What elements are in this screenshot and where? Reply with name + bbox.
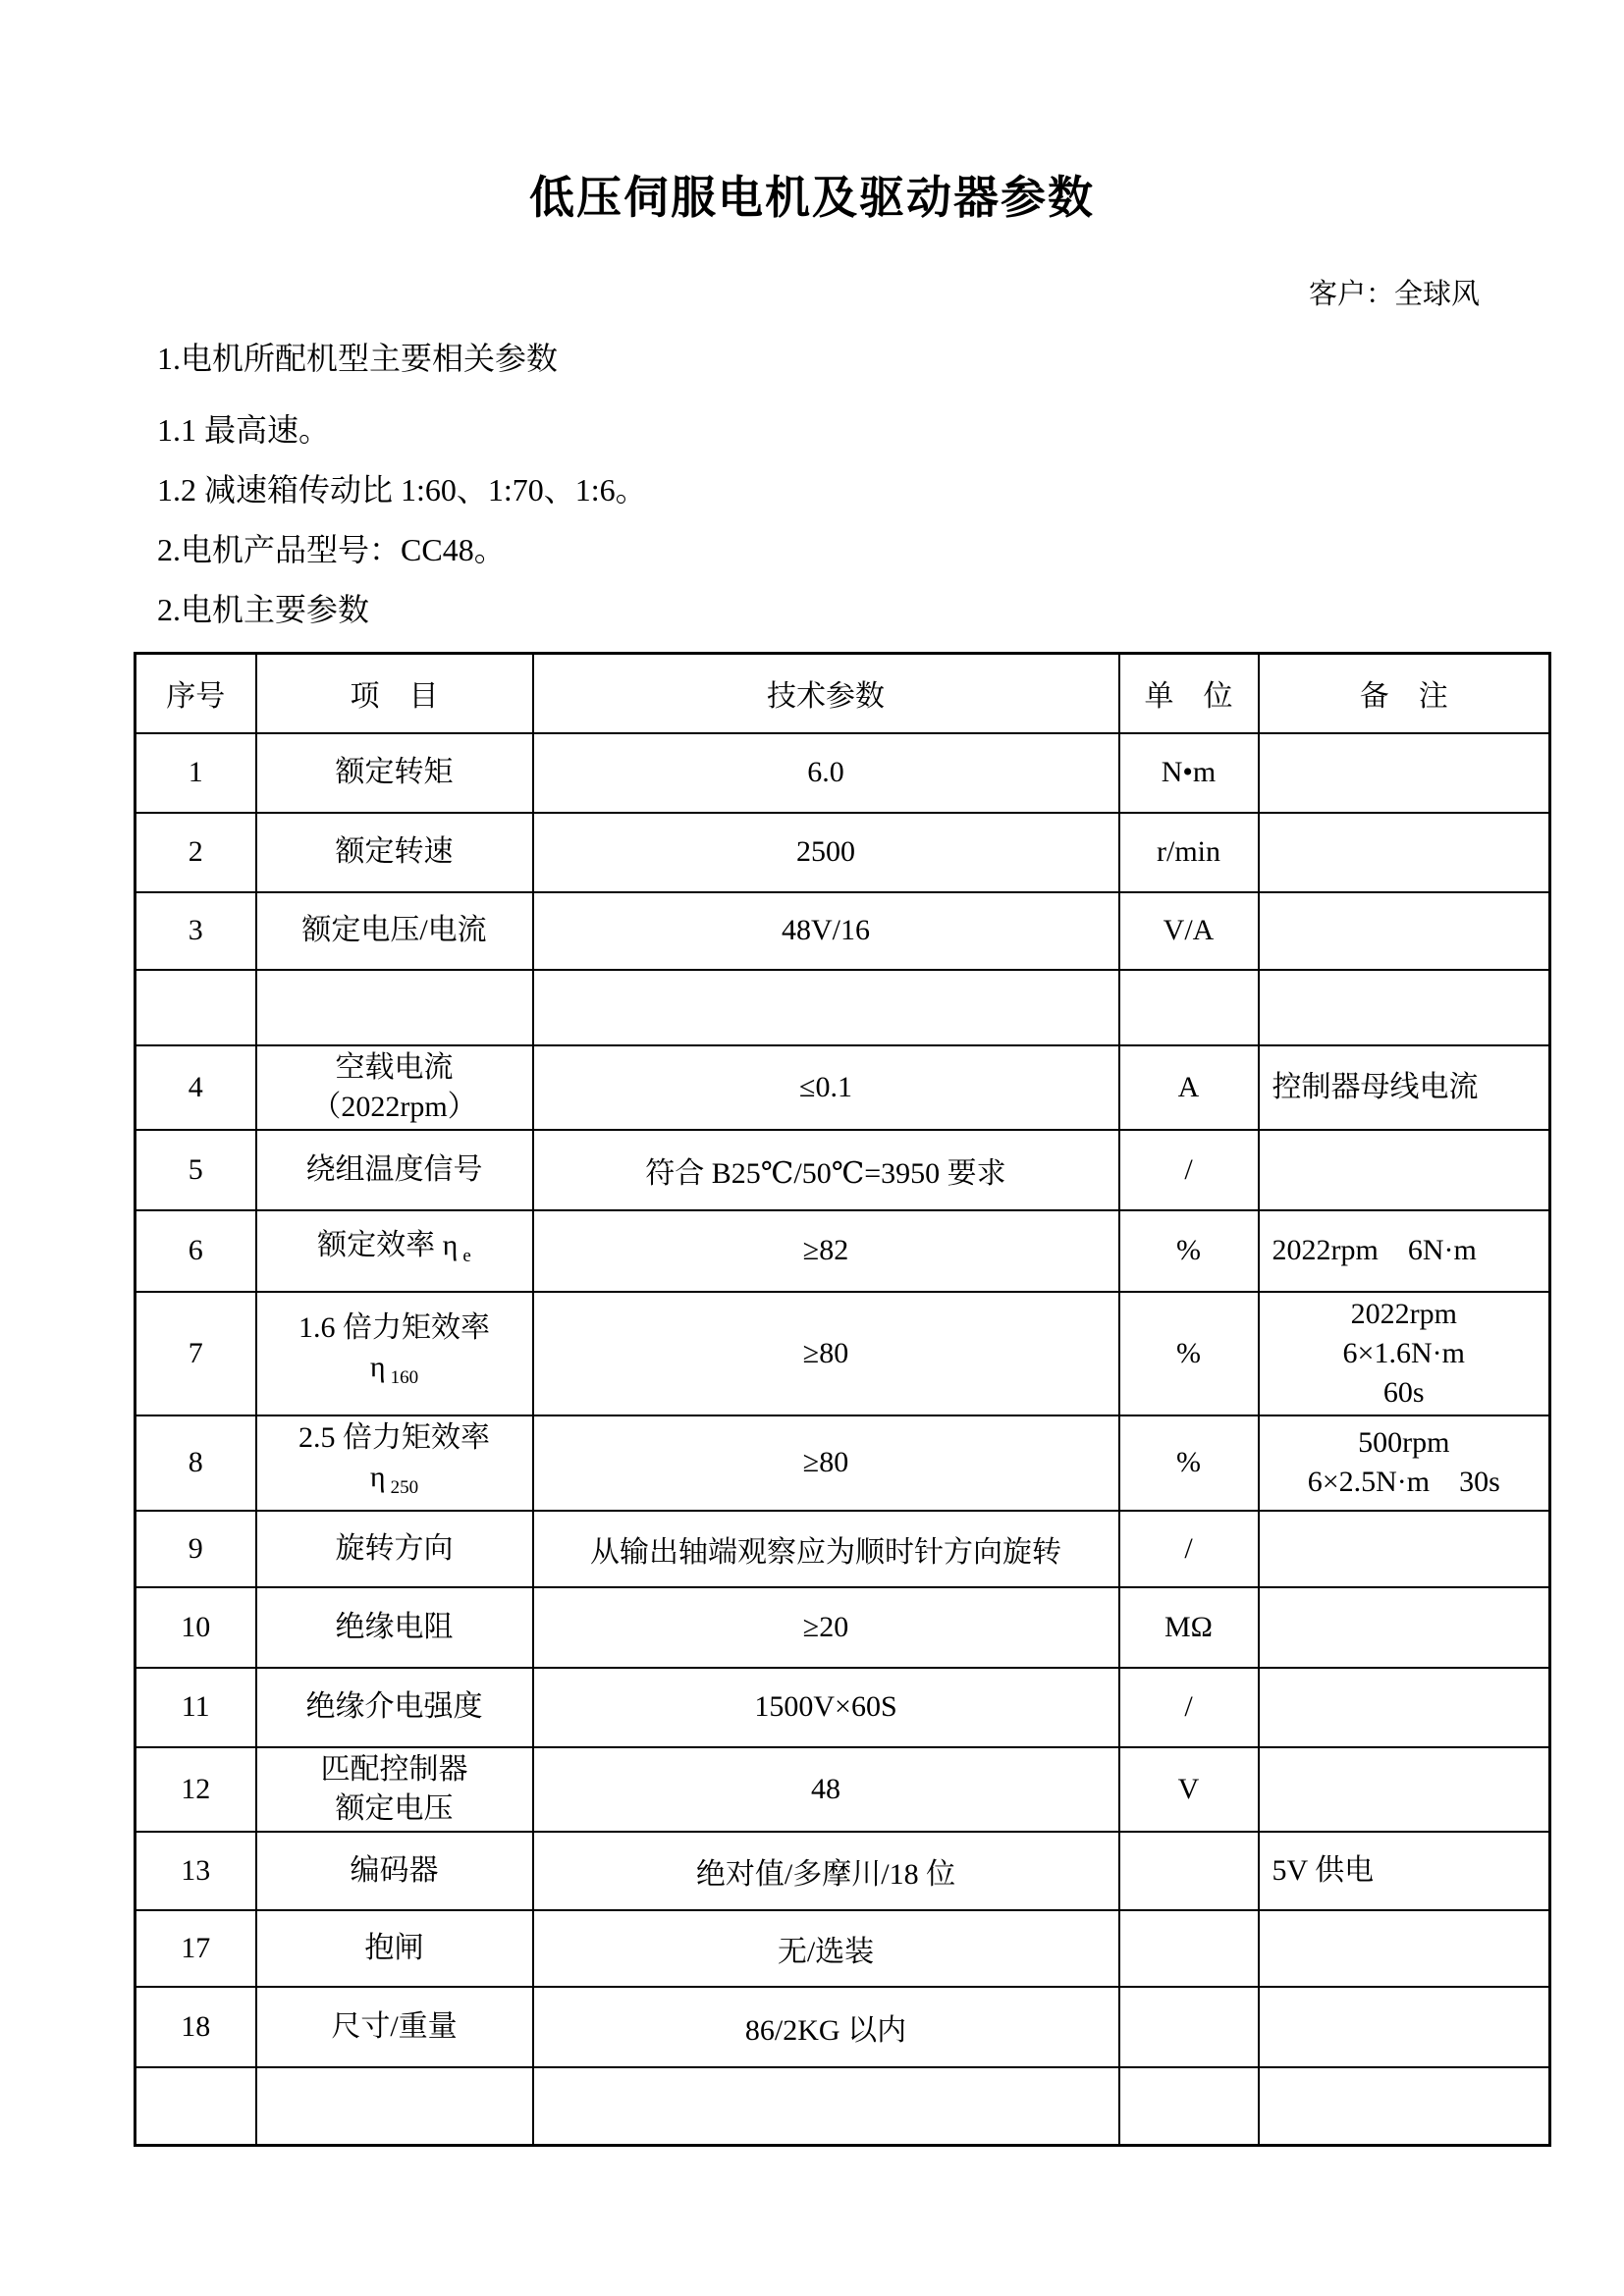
table-row: 6额定效率 ηe≥82%2022rpm 6N·m: [135, 1210, 1550, 1292]
item-line: 空载电流: [261, 1048, 528, 1088]
table-row: 2额定转速2500r/min: [135, 813, 1550, 892]
param-cell: ≥82: [533, 1210, 1119, 1292]
item-text: （2022rpm）: [311, 1091, 476, 1123]
unit-text: MΩ: [1164, 1611, 1213, 1643]
item-cell: 额定效率 ηe: [256, 1210, 533, 1292]
param-cell: 无/选装: [533, 1910, 1119, 1987]
seq-cell: 1: [135, 733, 256, 813]
table-row: 13编码器绝对值/多摩川/18 位5V 供电: [135, 1832, 1550, 1910]
param-cell: 符合 B25℃/50℃=3950 要求: [533, 1130, 1119, 1210]
item-text: 绕组温度信号: [306, 1153, 483, 1186]
unit-text: V: [1178, 1773, 1200, 1805]
remark-cell: 控制器母线电流: [1259, 1045, 1550, 1130]
remark-line: 5V 供电: [1272, 1851, 1545, 1891]
item-text: 额定转速: [336, 835, 454, 868]
table-row: 18尺寸/重量86/2KG 以内: [135, 1987, 1550, 2067]
remark-cell: 500rpm6×2.5N·m 30s: [1259, 1415, 1550, 1511]
unit-cell: r/min: [1119, 813, 1259, 892]
item-text: 1.6 倍力矩效率: [298, 1311, 490, 1344]
unit-cell: A: [1119, 1045, 1259, 1130]
remark-line: 60s: [1264, 1373, 1545, 1413]
item-text: 2.5 倍力矩效率: [298, 1421, 490, 1454]
seq-number: 9: [189, 1532, 203, 1565]
remark-cell: 2022rpm6×1.6N·m60s: [1259, 1292, 1550, 1415]
param-text: ≥80: [803, 1446, 848, 1478]
remark-cell: [1259, 733, 1550, 813]
remark-cell: [1259, 1987, 1550, 2067]
item-text: 抱闸: [365, 1932, 424, 1964]
item-text: η: [370, 1351, 386, 1383]
param-text: ≥80: [803, 1337, 848, 1369]
item-text: 编码器: [351, 1854, 439, 1887]
item-line: 抱闸: [261, 1929, 528, 1968]
unit-cell: %: [1119, 1210, 1259, 1292]
remark-line: 控制器母线电流: [1272, 1068, 1545, 1107]
intro-line-3: 1.2 减速箱传动比 1:60、1:70、1:6。: [157, 472, 1624, 507]
seq-number: 13: [181, 1854, 210, 1887]
item-cell: 绝缘介电强度: [256, 1668, 533, 1747]
param-cell: 从输出轴端观察应为顺时针方向旋转: [533, 1511, 1119, 1587]
remark-cell: 5V 供电: [1259, 1832, 1550, 1910]
table-row: 71.6 倍力矩效率η160≥80%2022rpm6×1.6N·m60s: [135, 1292, 1550, 1415]
param-text: ≥20: [803, 1611, 848, 1643]
param-cell: [533, 970, 1119, 1045]
customer-line: 客户：全球风: [0, 279, 1624, 311]
remark-cell: [1259, 1910, 1550, 1987]
unit-cell: %: [1119, 1415, 1259, 1511]
item-cell: 匹配控制器额定电压: [256, 1747, 533, 1832]
param-cell: ≥80: [533, 1292, 1119, 1415]
seq-number: 1: [189, 756, 203, 788]
seq-number: 12: [181, 1773, 210, 1805]
remark-line: 500rpm: [1264, 1423, 1545, 1463]
param-cell: 86/2KG 以内: [533, 1987, 1119, 2067]
unit-cell: [1119, 970, 1259, 1045]
item-line: 2.5 倍力矩效率: [261, 1418, 528, 1458]
param-cell: 绝对值/多摩川/18 位: [533, 1832, 1119, 1910]
item-line: 额定效率 ηe: [261, 1226, 528, 1276]
item-line: η160: [261, 1348, 528, 1398]
table-row: 9旋转方向从输出轴端观察应为顺时针方向旋转/: [135, 1511, 1550, 1587]
seq-cell: 18: [135, 1987, 256, 2067]
unit-cell: N•m: [1119, 733, 1259, 813]
seq-cell: 17: [135, 1910, 256, 1987]
param-text: 1500V×60S: [754, 1690, 896, 1723]
seq-cell: 13: [135, 1832, 256, 1910]
table-row: [135, 2067, 1550, 2146]
seq-cell: 4: [135, 1045, 256, 1130]
param-cell: ≤0.1: [533, 1045, 1119, 1130]
seq-number: 10: [181, 1611, 210, 1643]
param-text: 48V/16: [782, 914, 870, 946]
intro-line-1: 1.电机所配机型主要相关参数: [157, 341, 1624, 376]
remark-cell: [1259, 2067, 1550, 2146]
seq-cell: 11: [135, 1668, 256, 1747]
seq-number: 8: [189, 1446, 203, 1478]
item-subscript: e: [462, 1246, 470, 1266]
unit-cell: V/A: [1119, 892, 1259, 970]
remark-line: 6×2.5N·m 30s: [1264, 1463, 1545, 1502]
table-row: 5绕组温度信号符合 B25℃/50℃=3950 要求/: [135, 1130, 1550, 1210]
item-text: 额定电压/电流: [301, 914, 486, 946]
item-text: 额定电压: [336, 1792, 454, 1825]
unit-cell: [1119, 1832, 1259, 1910]
unit-cell: /: [1119, 1130, 1259, 1210]
item-cell: [256, 970, 533, 1045]
intro-section: 1.电机所配机型主要相关参数 1.1 最高速。 1.2 减速箱传动比 1:60、…: [157, 341, 1624, 627]
intro-line-5: 2.电机主要参数: [157, 592, 1624, 627]
item-text: 空载电流: [336, 1051, 454, 1084]
seq-cell: 9: [135, 1511, 256, 1587]
seq-cell: 2: [135, 813, 256, 892]
item-text: 绝缘电阻: [336, 1611, 454, 1643]
item-line: 旋转方向: [261, 1529, 528, 1569]
unit-cell: V: [1119, 1747, 1259, 1832]
item-line: （2022rpm）: [261, 1088, 528, 1127]
remark-cell: [1259, 1747, 1550, 1832]
param-text: 符合 B25℃/50℃=3950 要求: [645, 1157, 1005, 1190]
seq-cell: 5: [135, 1130, 256, 1210]
document-page: 低压伺服电机及驱动器参数 客户：全球风 1.电机所配机型主要相关参数 1.1 最…: [0, 0, 1624, 2296]
unit-text: /: [1184, 1690, 1192, 1723]
header-remark: 备 注: [1259, 654, 1550, 733]
unit-cell: /: [1119, 1668, 1259, 1747]
item-line: 绝缘电阻: [261, 1608, 528, 1647]
table-row: [135, 970, 1550, 1045]
unit-text: V/A: [1164, 914, 1215, 946]
header-item: 项 目: [256, 654, 533, 733]
unit-text: N•m: [1162, 756, 1217, 788]
item-cell: 旋转方向: [256, 1511, 533, 1587]
item-subscript: 160: [391, 1367, 419, 1388]
item-line: 额定转速: [261, 832, 528, 872]
param-cell: 2500: [533, 813, 1119, 892]
item-cell: 额定转矩: [256, 733, 533, 813]
remark-cell: [1259, 970, 1550, 1045]
seq-cell: [135, 2067, 256, 2146]
table-row: 12匹配控制器额定电压48V: [135, 1747, 1550, 1832]
intro-line-2: 1.1 最高速。: [157, 412, 1624, 448]
table-header-row: 序号 项 目 技术参数 单 位 备 注: [135, 654, 1550, 733]
table-row: 3额定电压/电流48V/16V/A: [135, 892, 1550, 970]
header-param: 技术参数: [533, 654, 1119, 733]
param-text: 从输出轴端观察应为顺时针方向旋转: [590, 1536, 1061, 1569]
unit-cell: [1119, 1987, 1259, 2067]
item-cell: 编码器: [256, 1832, 533, 1910]
header-unit: 单 位: [1119, 654, 1259, 733]
item-text: 尺寸/重量: [331, 2010, 457, 2043]
item-cell: 额定转速: [256, 813, 533, 892]
item-line: 额定转矩: [261, 753, 528, 792]
seq-number: 3: [189, 914, 203, 946]
unit-cell: [1119, 2067, 1259, 2146]
item-line: 编码器: [261, 1851, 528, 1891]
remark-line: 2022rpm: [1264, 1295, 1545, 1334]
intro-line-4: 2.电机产品型号：CC48。: [157, 532, 1624, 567]
item-subscript: 250: [391, 1477, 419, 1498]
unit-text: r/min: [1157, 835, 1220, 868]
param-text: 48: [811, 1773, 840, 1805]
param-text: ≥82: [803, 1234, 848, 1266]
item-cell: 空载电流（2022rpm）: [256, 1045, 533, 1130]
item-line: 绕组温度信号: [261, 1150, 528, 1190]
param-text: 6.0: [807, 756, 844, 788]
seq-number: 11: [182, 1690, 210, 1723]
remark-line: 6×1.6N·m: [1264, 1334, 1545, 1373]
remark-cell: 2022rpm 6N·m: [1259, 1210, 1550, 1292]
param-cell: 48V/16: [533, 892, 1119, 970]
param-text: 绝对值/多摩川/18 位: [696, 1858, 955, 1891]
unit-text: %: [1176, 1234, 1201, 1266]
seq-number: 17: [181, 1932, 210, 1964]
seq-cell: [135, 970, 256, 1045]
item-cell: 2.5 倍力矩效率η250: [256, 1415, 533, 1511]
remark-cell: [1259, 1511, 1550, 1587]
seq-number: 4: [189, 1071, 203, 1103]
item-line: 尺寸/重量: [261, 2007, 528, 2047]
seq-cell: 12: [135, 1747, 256, 1832]
header-seq: 序号: [135, 654, 256, 733]
remark-cell: [1259, 1587, 1550, 1668]
item-text: 旋转方向: [336, 1532, 454, 1565]
remark-line: 2022rpm 6N·m: [1272, 1231, 1545, 1270]
seq-cell: 8: [135, 1415, 256, 1511]
remark-cell: [1259, 892, 1550, 970]
page-title: 低压伺服电机及驱动器参数: [0, 0, 1624, 224]
seq-number: 5: [189, 1153, 203, 1186]
item-text: 额定转矩: [336, 756, 454, 788]
item-cell: 绕组温度信号: [256, 1130, 533, 1210]
item-line: η250: [261, 1458, 528, 1508]
param-text: 2500: [796, 835, 855, 868]
table-row: 4空载电流（2022rpm）≤0.1A控制器母线电流: [135, 1045, 1550, 1130]
seq-number: 18: [181, 2010, 210, 2043]
item-cell: 抱闸: [256, 1910, 533, 1987]
seq-number: 2: [189, 835, 203, 868]
param-cell: 1500V×60S: [533, 1668, 1119, 1747]
seq-cell: 3: [135, 892, 256, 970]
item-cell: 尺寸/重量: [256, 1987, 533, 2067]
item-line: 1.6 倍力矩效率: [261, 1308, 528, 1348]
table-row: 10绝缘电阻≥20MΩ: [135, 1587, 1550, 1668]
item-line: 匹配控制器: [261, 1750, 528, 1789]
item-line: 额定电压/电流: [261, 911, 528, 950]
param-cell: ≥80: [533, 1415, 1119, 1511]
param-text: 86/2KG 以内: [745, 2014, 906, 2047]
table-row: 1额定转矩6.0N•m: [135, 733, 1550, 813]
item-cell: 1.6 倍力矩效率η160: [256, 1292, 533, 1415]
unit-text: /: [1184, 1532, 1192, 1565]
unit-cell: /: [1119, 1511, 1259, 1587]
unit-text: %: [1176, 1337, 1201, 1369]
param-text: ≤0.1: [799, 1071, 852, 1103]
table-row: 82.5 倍力矩效率η250≥80%500rpm6×2.5N·m 30s: [135, 1415, 1550, 1511]
remark-cell: [1259, 1130, 1550, 1210]
item-cell: 额定电压/电流: [256, 892, 533, 970]
item-cell: 绝缘电阻: [256, 1587, 533, 1668]
item-text: 额定效率 η: [317, 1229, 458, 1261]
table-row: 11绝缘介电强度1500V×60S/: [135, 1668, 1550, 1747]
parameters-table: 序号 项 目 技术参数 单 位 备 注 1额定转矩6.0N•m2额定转速2500…: [134, 652, 1551, 2147]
param-text: 无/选装: [778, 1936, 874, 1968]
item-text: 匹配控制器: [321, 1753, 468, 1786]
unit-text: %: [1176, 1446, 1201, 1478]
param-cell: ≥20: [533, 1587, 1119, 1668]
remark-cell: [1259, 813, 1550, 892]
seq-number: 6: [189, 1234, 203, 1266]
seq-cell: 7: [135, 1292, 256, 1415]
item-text: 绝缘介电强度: [306, 1690, 483, 1723]
seq-number: 7: [189, 1337, 203, 1369]
item-line: 绝缘介电强度: [261, 1687, 528, 1727]
seq-cell: 6: [135, 1210, 256, 1292]
item-cell: [256, 2067, 533, 2146]
unit-cell: MΩ: [1119, 1587, 1259, 1668]
param-cell: 48: [533, 1747, 1119, 1832]
unit-cell: %: [1119, 1292, 1259, 1415]
unit-text: /: [1184, 1153, 1192, 1186]
seq-cell: 10: [135, 1587, 256, 1668]
remark-cell: [1259, 1668, 1550, 1747]
param-cell: 6.0: [533, 733, 1119, 813]
item-line: 额定电压: [261, 1789, 528, 1829]
unit-cell: [1119, 1910, 1259, 1987]
param-cell: [533, 2067, 1119, 2146]
unit-text: A: [1178, 1071, 1200, 1103]
table-row: 17抱闸无/选装: [135, 1910, 1550, 1987]
item-text: η: [370, 1461, 386, 1493]
